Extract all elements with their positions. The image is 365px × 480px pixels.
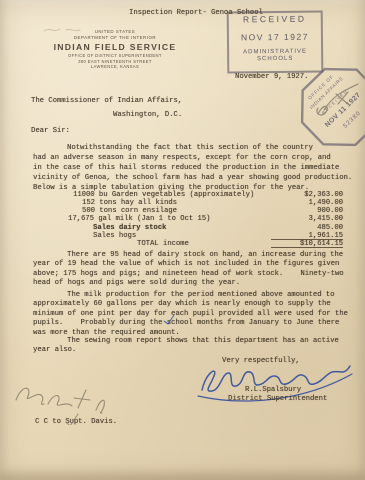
body-line: approximately 60 gallons per day which i…: [33, 300, 355, 309]
body-line: There are 95 head of dairy stock on hand…: [33, 251, 355, 260]
scanned-letter: Inspection Report- Genoa School RECEIVED…: [0, 0, 365, 480]
production-tabulation: 11000 bu Garden vegetables (approximatel…: [33, 191, 343, 248]
recipient-line2: Washington, D.C.: [113, 111, 182, 119]
table-row: 11000 bu Garden vegetables (approximatel…: [33, 191, 343, 199]
received-stamp-dept2: SCHOOLS: [229, 56, 321, 63]
signer-title: District Superintendent: [228, 395, 327, 403]
paragraph-2: There are 95 head of dairy stock on hand…: [33, 251, 355, 289]
total-label: TOTAL income: [33, 240, 189, 248]
received-stamp-word: RECEIVED: [229, 14, 321, 25]
row-amount: 3,415.00: [271, 215, 343, 223]
body-line: had an adverse season in many respects, …: [33, 153, 355, 163]
table-row: 17,675 gal milk (Jan 1 to Oct 15) 3,415.…: [33, 215, 343, 223]
pencil-scribbles: [8, 380, 128, 425]
paragraph-4: The sewing room report shows that this d…: [33, 337, 355, 356]
row-amount: 485.00: [271, 224, 343, 232]
table-row: Sales dairy stock 485.00: [33, 224, 343, 232]
body-line: in the case of this hail storms reduced …: [33, 163, 355, 173]
received-stamp-dept1: ADMINISTRATIVE: [229, 49, 321, 56]
total-amount: $10,614.15: [271, 240, 343, 248]
row-item: 11000 bu Garden vegetables (approximatel…: [33, 191, 254, 199]
body-line: The sewing room report shows that this d…: [33, 337, 355, 346]
body-line: head of hogs and pigs were sold during t…: [33, 279, 355, 288]
body-line: year also.: [33, 346, 355, 355]
letter-date: November 9, 1927.: [235, 73, 308, 81]
body-line: The milk production for the period menti…: [33, 291, 355, 300]
signer-name: R.L.Spalsbury: [245, 386, 301, 394]
paragraph-1: Notwithstanding the fact that this secti…: [33, 143, 355, 193]
pencil-mark-top-left: [42, 22, 84, 36]
body-line: vicinity of Genoa, the school farm has h…: [33, 173, 355, 183]
body-line: pupils. Probably during the school month…: [33, 319, 355, 328]
received-stamp-date: NOV 17 1927: [229, 32, 321, 43]
table-row: 152 tons hay all kinds 1,490.00: [33, 199, 343, 207]
salutation: Dear Sir:: [31, 127, 70, 135]
body-line: Notwithstanding the fact that this secti…: [33, 143, 355, 153]
row-item: Sales dairy stock: [33, 224, 166, 232]
letterhead-agency: INDIAN FIELD SERVICE: [35, 42, 195, 52]
row-amount: 1,961.15: [271, 232, 343, 240]
body-line: minimum of one pint per day for each pup…: [33, 310, 355, 319]
body-line: year of 19 head the value of which is no…: [33, 260, 355, 269]
pencil-squiggle-top-right: [310, 80, 364, 122]
received-stamp-box: RECEIVED NOV 17 1927 ADMINISTRATIVE SCHO…: [227, 10, 324, 73]
table-row: Sales hogs 1,961.15: [33, 232, 343, 240]
paragraph-3: The milk production for the period menti…: [33, 291, 355, 338]
table-total-row: TOTAL income $10,614.15: [33, 240, 343, 248]
blue-pen-check-mark: [162, 314, 176, 326]
letterhead-city: LAWRENCE, KANSAS: [35, 64, 195, 70]
row-item: Sales hogs: [33, 232, 136, 240]
body-line: above; 175 hogs and pigs; and nineteen h…: [33, 270, 355, 279]
row-item: 17,675 gal milk (Jan 1 to Oct 15): [33, 215, 210, 223]
row-amount: $2,363.00: [271, 191, 343, 199]
recipient-line1: The Commissioner of Indian Affairs,: [31, 97, 182, 105]
